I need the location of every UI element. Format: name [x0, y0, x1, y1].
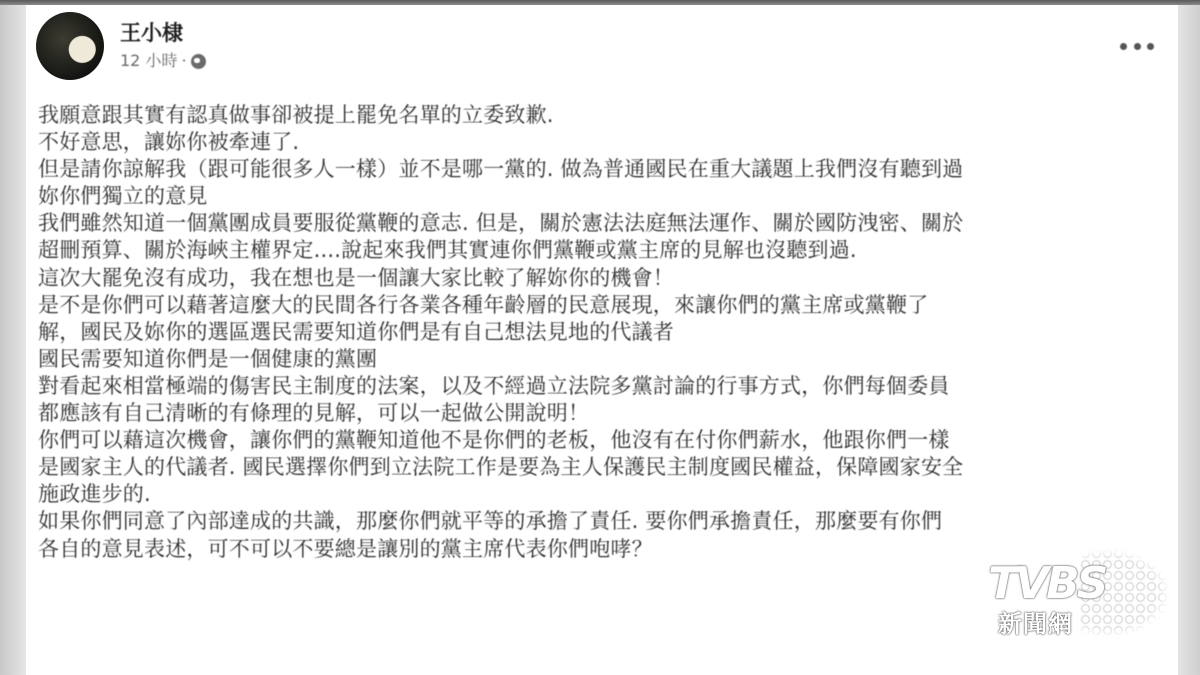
post-line: 超刪預算、關於海峽主權界定....說起來我們其實連你們黨鞭或黨主席的見解也沒聽到… [38, 237, 1168, 264]
post-line: 是不是你們可以藉著這麼大的民間各行各業各種年齡層的民意展現，來讓你們的黨主席或黨… [38, 292, 1168, 319]
post-line: 各自的意見表述，可不可以不要總是讓別的黨主席代表你們咆哮？ [38, 536, 1168, 563]
post-line: 對看起來相當極端的傷害民主制度的法案，以及不經過立法院多黨討論的行事方式，你們每… [38, 373, 1168, 400]
post-line: 妳你們獨立的意見 [38, 183, 1168, 210]
facebook-post: 王小棣 12 小時 · 我願意跟其實有認真做事卻被提上罷免名單的立委致歉. 不好… [26, 5, 1178, 675]
more-horizontal-icon [1147, 43, 1154, 50]
post-line: 我願意跟其實有認真做事卻被提上罷免名單的立委致歉. [38, 102, 1168, 129]
more-options-button[interactable] [1120, 39, 1154, 53]
post-line: 都應該有自己清晰的有條理的見解，可以一起做公開說明！ [38, 400, 1168, 427]
post-line: 解，國民及妳你的選區選民需要知道你們是有自己想法見地的代議者 [38, 319, 1168, 346]
avatar[interactable] [36, 12, 104, 80]
right-margin [1178, 5, 1200, 675]
post-line: 我們雖然知道一個黨團成員要服從黨鞭的意志. 但是，關於憲法法庭無法運作、關於國防… [38, 210, 1168, 237]
post-line: 你們可以藉這次機會，讓你們的黨鞭知道他不是你們的老板，他沒有在付你們薪水，他跟你… [38, 427, 1168, 454]
post-line: 不好意思，讓妳你被牽連了. [38, 129, 1168, 156]
globe-icon [191, 54, 206, 69]
post-body: 我願意跟其實有認真做事卻被提上罷免名單的立委致歉. 不好意思，讓妳你被牽連了. … [38, 102, 1168, 563]
post-line: 國民需要知道你們是一個健康的黨團 [38, 346, 1168, 373]
more-horizontal-icon [1120, 43, 1127, 50]
author-name[interactable]: 王小棣 [120, 19, 206, 47]
post-line: 是國家主人的代議者. 國民選擇你們到立法院工作是要為主人保護民主制度國民權益，保… [38, 454, 1168, 481]
post-line: 施政進步的. [38, 481, 1168, 508]
post-line: 但是請你諒解我（跟可能很多人一樣）並不是哪一黨的. 做為普通國民在重大議題上我們… [38, 156, 1168, 183]
post-line: 如果你們同意了內部達成的共識，那麼你們就平等的承擔了責任. 要你們承擔責任，那麼… [38, 508, 1168, 535]
author-block: 王小棣 12 小時 · [120, 19, 206, 73]
left-margin [0, 5, 26, 675]
more-horizontal-icon [1134, 43, 1141, 50]
meta-separator: · [181, 49, 186, 73]
post-line: 這次大罷免沒有成功，我在想也是一個讓大家比較了解妳你的機會！ [38, 265, 1168, 292]
post-header: 王小棣 12 小時 · [36, 11, 206, 81]
post-timestamp[interactable]: 12 小時 [120, 49, 177, 73]
post-meta: 12 小時 · [120, 49, 206, 73]
